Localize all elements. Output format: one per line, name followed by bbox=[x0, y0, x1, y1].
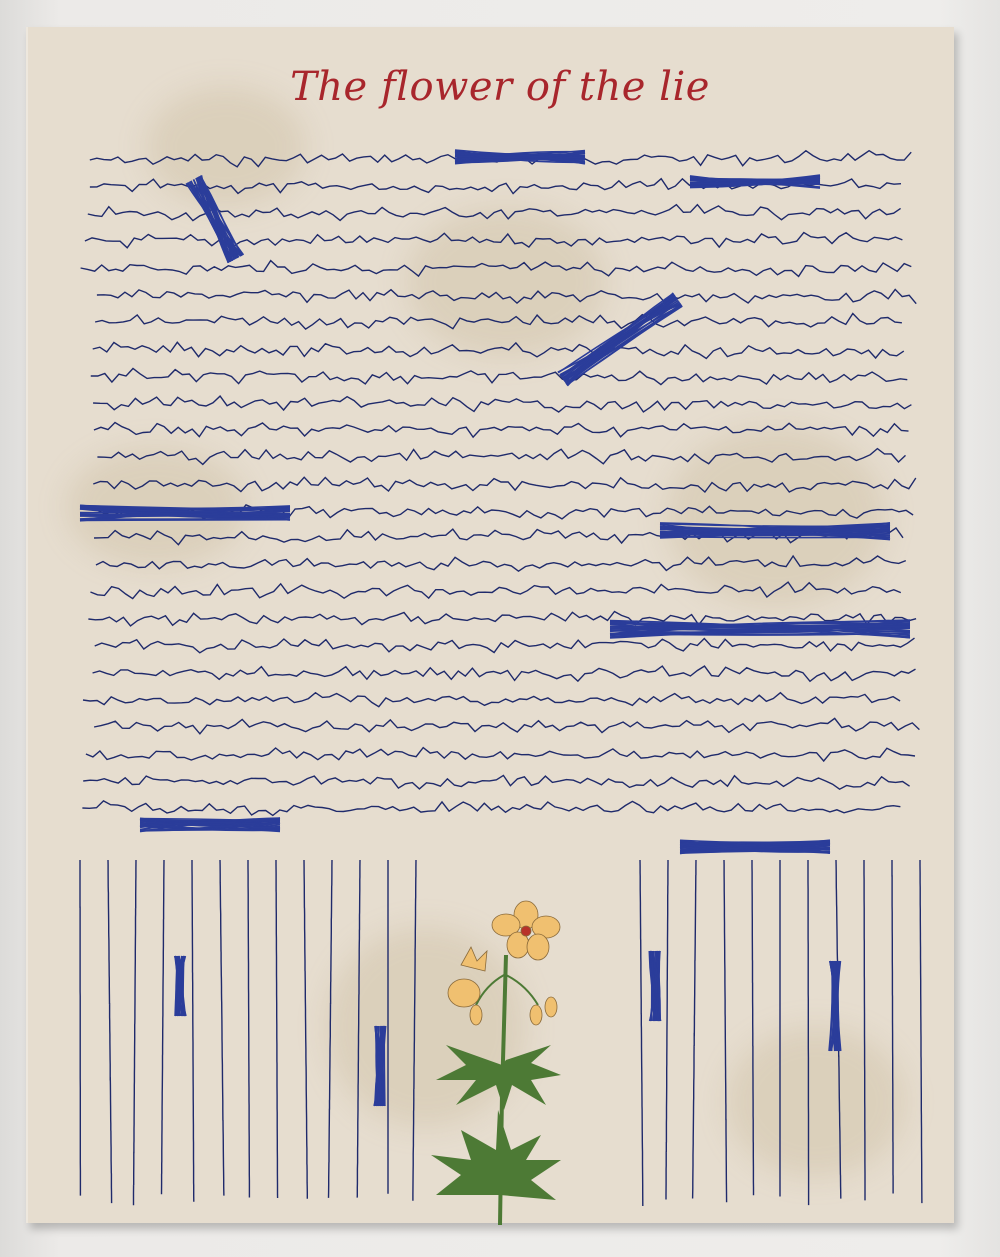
flower-illustration bbox=[426, 895, 566, 1225]
leaf-icon bbox=[431, 1045, 561, 1200]
